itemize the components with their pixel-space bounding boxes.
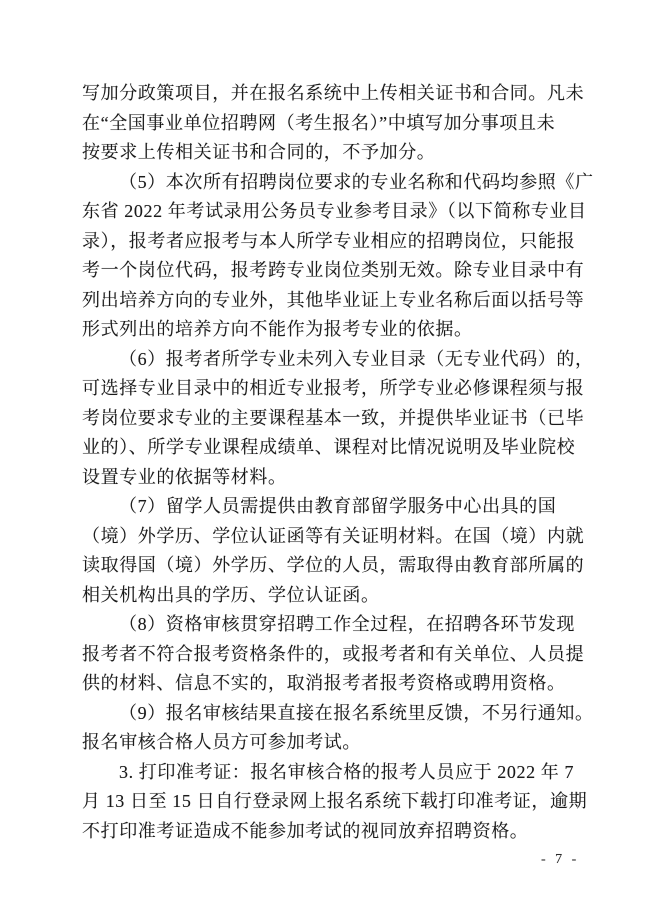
text-line: 写加分政策项目，并在报名系统中上传相关证书和合同。凡未 — [82, 79, 586, 109]
text-line: 东省 2022 年考试录用公务员专业参考目录》（以下简称专业目 — [82, 197, 586, 227]
text-line: 列出培养方向的专业外，其他毕业证上专业名称后面以括号等 — [82, 286, 586, 316]
text-line: （境）外学历、学位认证函等有关证明材料。在国（境）内就 — [82, 522, 586, 552]
page-number: - 7 - — [541, 852, 579, 868]
document-body: 写加分政策项目，并在报名系统中上传相关证书和合同。凡未 在“全国事业单位招聘网（… — [82, 79, 586, 846]
text-line: 相关机构出具的学历、学位认证函。 — [82, 581, 586, 611]
document-page: 写加分政策项目，并在报名系统中上传相关证书和合同。凡未 在“全国事业单位招聘网（… — [0, 0, 650, 919]
text-line: 在“全国事业单位招聘网（考生报名）”中填写加分事项且未 — [82, 109, 586, 139]
text-line: 考一个岗位代码，报考跨专业岗位类别无效。除专业目录中有 — [82, 256, 586, 286]
text-line: 不打印准考证造成不能参加考试的视同放弃招聘资格。 — [82, 817, 586, 847]
text-line: 3. 打印准考证：报名审核合格的报考人员应于 2022 年 7 — [82, 758, 586, 788]
text-line: （6）报考者所学专业未列入专业目录（无专业代码）的， — [82, 345, 586, 375]
text-line: 形式列出的培养方向不能作为报考专业的依据。 — [82, 315, 586, 345]
text-line: （5）本次所有招聘岗位要求的专业名称和代码均参照《广 — [82, 168, 586, 198]
text-line: 业的）、所学专业课程成绩单、课程对比情况说明及毕业院校 — [82, 433, 586, 463]
text-line: 读取得国（境）外学历、学位的人员，需取得由教育部所属的 — [82, 551, 586, 581]
text-line: 录），报考者应报考与本人所学专业相应的招聘岗位，只能报 — [82, 227, 586, 257]
text-line: （9）报名审核结果直接在报名系统里反馈，不另行通知。 — [82, 699, 586, 729]
text-line: （8）资格审核贯穿招聘工作全过程，在招聘各环节发现 — [82, 610, 586, 640]
text-line: 可选择专业目录中的相近专业报考，所学专业必修课程须与报 — [82, 374, 586, 404]
text-line: 月 13 日至 15 日自行登录网上报名系统下载打印准考证，逾期 — [82, 787, 586, 817]
text-line: 供的材料、信息不实的，取消报考者报考资格或聘用资格。 — [82, 669, 586, 699]
text-line: 考岗位要求专业的主要课程基本一致，并提供毕业证书（已毕 — [82, 404, 586, 434]
text-line: 报考者不符合报考资格条件的，或报考者和有关单位、人员提 — [82, 640, 586, 670]
text-line: 设置专业的依据等材料。 — [82, 463, 586, 493]
text-line: 报名审核合格人员方可参加考试。 — [82, 728, 586, 758]
text-line: 按要求上传相关证书和合同的，不予加分。 — [82, 138, 586, 168]
text-line: （7）留学人员需提供由教育部留学服务中心出具的国 — [82, 492, 586, 522]
